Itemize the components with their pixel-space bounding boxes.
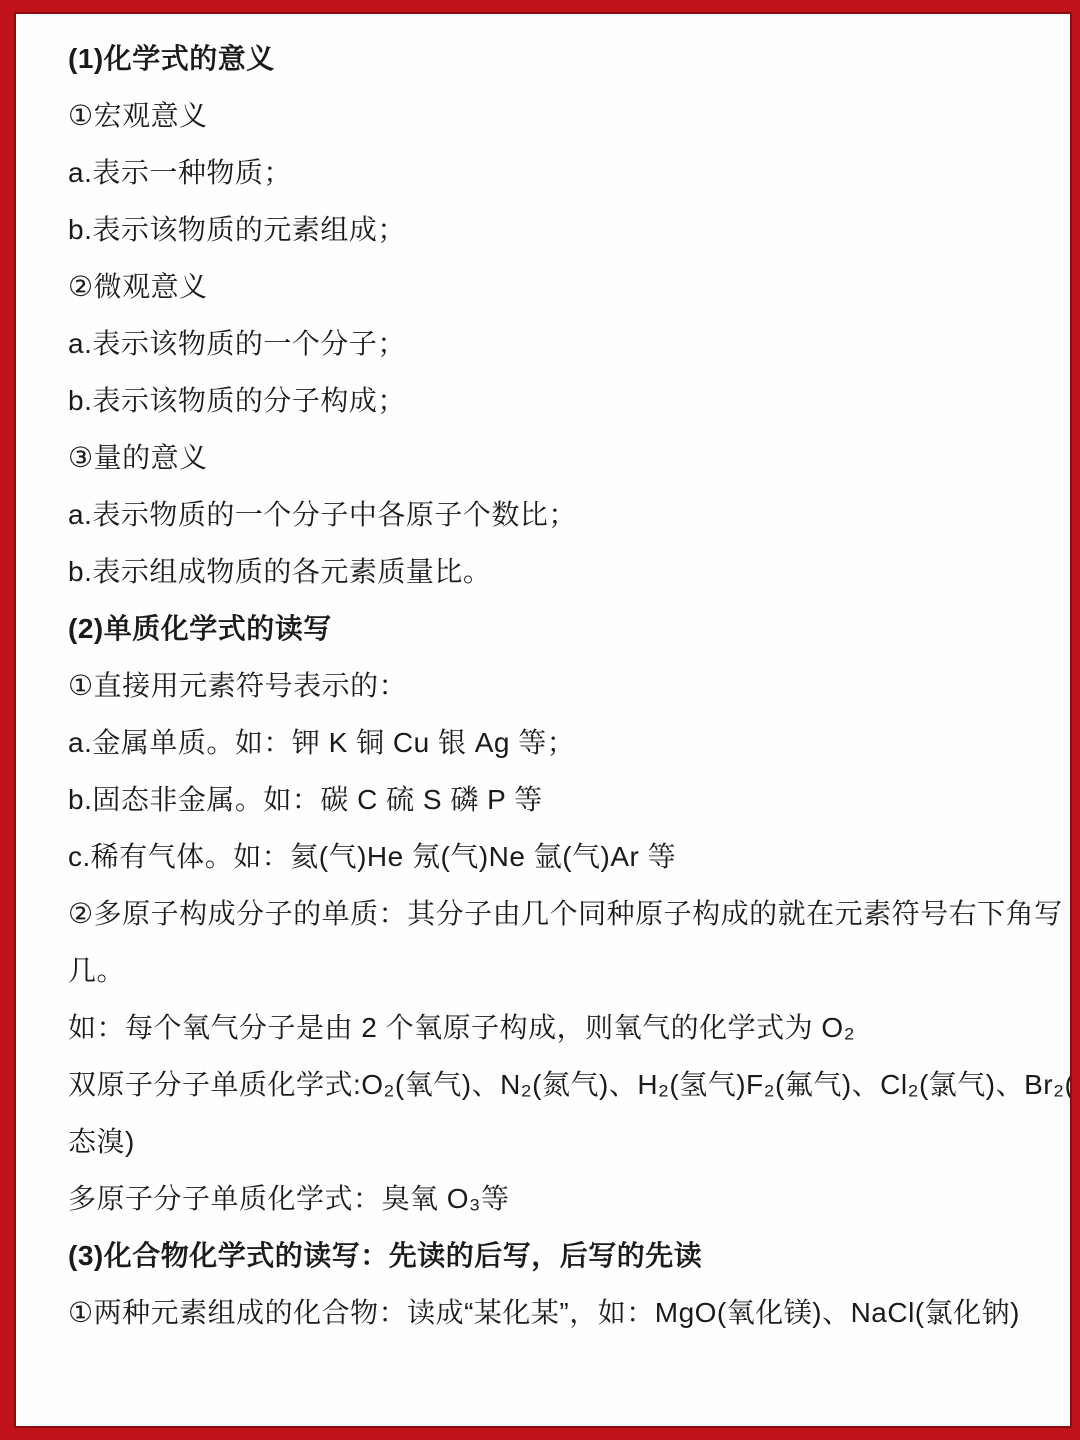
text-line: 几。 — [68, 940, 1030, 997]
text-line: a.表示该物质的一个分子； — [68, 313, 1030, 370]
section-heading: (3)化合物化学式的读写：先读的后写，后写的先读 — [68, 1225, 1030, 1282]
text-line: 多原子分子单质化学式：臭氧 O₃等 — [68, 1168, 1030, 1225]
red-frame: (1)化学式的意义 ①宏观意义 a.表示一种物质； b.表示该物质的元素组成； … — [0, 0, 1080, 1440]
text-line: 如：每个氧气分子是由 2 个氧原子构成，则氧气的化学式为 O₂ — [68, 997, 1030, 1054]
text-line: b.表示该物质的元素组成； — [68, 199, 1030, 256]
text-line: ②微观意义 — [68, 256, 1030, 313]
section-heading: (1)化学式的意义 — [68, 28, 1030, 85]
text-line: a.表示一种物质； — [68, 142, 1030, 199]
text-line: ③量的意义 — [68, 427, 1030, 484]
text-line: 双原子分子单质化学式:O₂(氧气)、N₂(氮气)、H₂(氢气)F₂(氟气)、Cl… — [68, 1054, 1030, 1111]
text-line: b.固态非金属。如：碳 C 硫 S 磷 P 等 — [68, 769, 1030, 826]
text-line: c.稀有气体。如：氦(气)He 氖(气)Ne 氩(气)Ar 等 — [68, 826, 1030, 883]
text-line: 态溴) — [68, 1111, 1030, 1168]
text-line: ②多原子构成分子的单质：其分子由几个同种原子构成的就在元素符号右下角写 — [68, 883, 1030, 940]
text-line: b.表示组成物质的各元素质量比。 — [68, 541, 1030, 598]
text-line: ①宏观意义 — [68, 85, 1030, 142]
text-line: b.表示该物质的分子构成； — [68, 370, 1030, 427]
document-page: (1)化学式的意义 ①宏观意义 a.表示一种物质； b.表示该物质的元素组成； … — [14, 12, 1072, 1428]
text-line: a.金属单质。如：钾 K 铜 Cu 银 Ag 等； — [68, 712, 1030, 769]
text-line: a.表示物质的一个分子中各原子个数比； — [68, 484, 1030, 541]
text-line: ①直接用元素符号表示的： — [68, 655, 1030, 712]
text-line: ①两种元素组成的化合物：读成“某化某”，如：MgO(氧化镁)、NaCl(氯化钠) — [68, 1282, 1030, 1339]
section-heading: (2)单质化学式的读写 — [68, 598, 1030, 655]
